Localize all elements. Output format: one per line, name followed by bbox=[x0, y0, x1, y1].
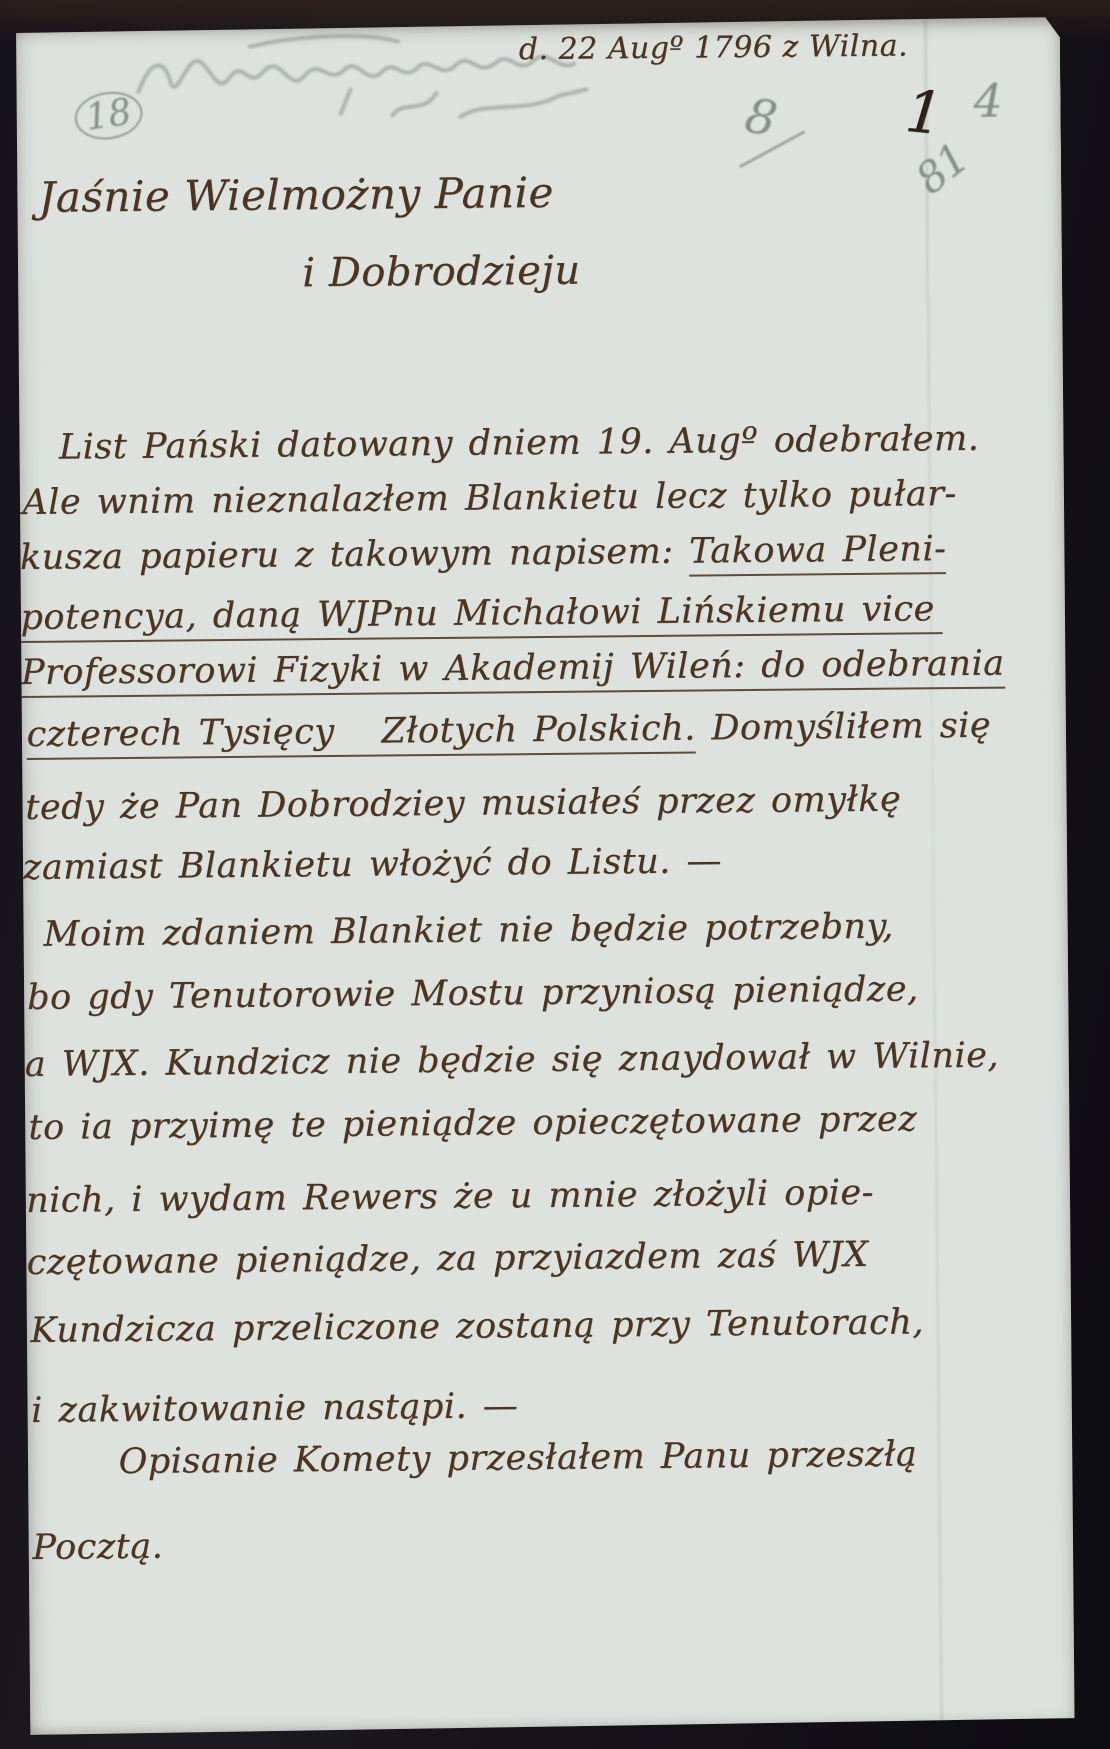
ink-page-number: 1 bbox=[903, 77, 946, 148]
letter-line: nich, i wydam Rewers że u mnie złożyli o… bbox=[26, 1173, 874, 1221]
letter-line: Pocztą. bbox=[32, 1527, 163, 1568]
line-text: Kundzicza przeliczone zostaną przy Tenut… bbox=[30, 1302, 924, 1351]
letter-line: kusza papieru z takowym napisem: Takowa … bbox=[20, 529, 947, 578]
line-text: a WJX. Kundzicz nie będzie się znaydował… bbox=[25, 1036, 1000, 1085]
dateline: d. 22 Augº 1796 z Wilna. bbox=[519, 28, 909, 67]
letter-line: a WJX. Kundzicz nie będzie się znaydował… bbox=[25, 1036, 1000, 1085]
letter-line: Moim zdaniem Blankiet nie będzie potrzeb… bbox=[43, 907, 894, 955]
letter-photo: 18 8 1 4 81 d. 22 Augº 1796 z Wilna. Jaś… bbox=[0, 0, 1110, 1749]
letter-line: Professorowi Fizyki w Akademij Wileń: do… bbox=[21, 644, 1005, 698]
paper-crease bbox=[924, 18, 943, 1726]
line-text: i zakwitowanie nastąpi. — bbox=[31, 1386, 519, 1431]
line-text: Domyśliłem się bbox=[696, 706, 992, 749]
line-text: Pocztą. bbox=[32, 1527, 163, 1568]
letter-line: Ale wnim nieznalazłem Blankietu lecz tyl… bbox=[22, 474, 957, 523]
pencil-number-right: 4 bbox=[973, 74, 1003, 128]
pencil-number-center: 8 bbox=[740, 87, 781, 148]
letter-line: List Pański datowany dniem 19. Augº odeb… bbox=[59, 419, 980, 468]
letter-line: czterech Tysięcy Złotych Polskich. Domyś… bbox=[26, 706, 991, 755]
line-text-underlined: czterech Tysięcy Złotych Polskich. bbox=[26, 709, 696, 760]
line-text-underlined: Professorowi Fizyki w Akademij Wileń: do… bbox=[21, 644, 1005, 698]
letter-line: zamiast Blankietu włożyć do Listu. — bbox=[23, 841, 722, 888]
line-text: to ia przyimę te pieniądze opieczętowane… bbox=[28, 1099, 917, 1148]
line-text: Opisanie Komety przesłałem Panu przeszłą bbox=[118, 1434, 917, 1482]
line-text: czętowane pieniądze, za przyiazdem zaś W… bbox=[26, 1235, 868, 1283]
letter-line: Opisanie Komety przesłałem Panu przeszłą bbox=[118, 1434, 917, 1482]
line-text: bo gdy Tenutorowie Mostu przyniosą pieni… bbox=[27, 969, 919, 1018]
line-text: List Pański datowany dniem 19. Augº odeb… bbox=[59, 419, 980, 468]
line-text: tedy że Pan Dobrodziey musiałeś przez om… bbox=[25, 780, 901, 828]
line-text: kusza papieru z takowym napisem: bbox=[20, 532, 690, 578]
letter-line: czętowane pieniądze, za przyiazdem zaś W… bbox=[26, 1235, 868, 1283]
letter-line: potencya, daną WJPnu Michałowi Lińskiemu… bbox=[20, 589, 942, 643]
line-text: Moim zdaniem Blankiet nie będzie potrzeb… bbox=[43, 907, 894, 955]
letter-line: i zakwitowanie nastąpi. — bbox=[31, 1386, 519, 1431]
salutation-line-1: Jaśnie Wielmożny Panie bbox=[38, 168, 554, 222]
letter-page: 18 8 1 4 81 d. 22 Augº 1796 z Wilna. Jaś… bbox=[12, 17, 1076, 1735]
salutation-line-2: i Dobrodzieju bbox=[302, 248, 581, 297]
letter-line: Kundzicza przeliczone zostaną przy Tenut… bbox=[30, 1302, 924, 1351]
line-text-underlined: potencya, daną WJPnu Michałowi Lińskiemu… bbox=[20, 589, 942, 643]
line-text: nich, i wydam Rewers że u mnie złożyli o… bbox=[26, 1173, 874, 1221]
letter-line: bo gdy Tenutorowie Mostu przyniosą pieni… bbox=[27, 969, 919, 1018]
line-text: Ale wnim nieznalazłem Blankietu lecz tyl… bbox=[22, 474, 957, 523]
line-text: zamiast Blankietu włożyć do Listu. — bbox=[23, 841, 722, 888]
letter-line: tedy że Pan Dobrodziey musiałeś przez om… bbox=[25, 780, 901, 828]
line-text-underlined: Takowa Pleni- bbox=[689, 529, 947, 576]
letter-line: to ia przyimę te pieniądze opieczętowane… bbox=[28, 1099, 917, 1148]
